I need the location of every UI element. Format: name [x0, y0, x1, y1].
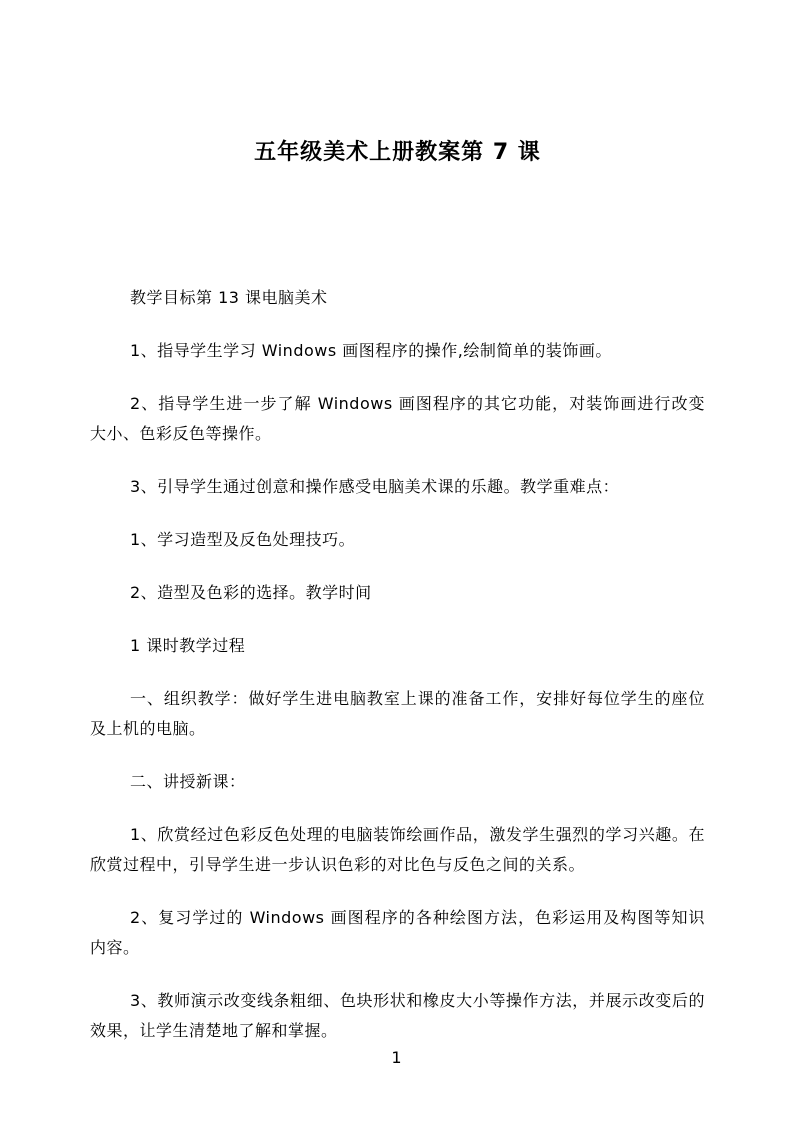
paragraph-teach-step-3: 3、教师演示改变线条粗细、色块形状和橡皮大小等操作方法，并展示改变后的效果，让学… [90, 986, 705, 1046]
paragraph-class-time: 1 课时教学过程 [90, 631, 705, 661]
paragraph-section-2-teach: 二、讲授新课： [90, 767, 705, 797]
page-title: 五年级美术上册教案第 7 课 [90, 136, 705, 170]
paragraph-keypoint-2: 2、造型及色彩的选择。教学时间 [90, 578, 705, 608]
paragraph-teach-step-2: 2、复习学过的 Windows 画图程序的各种绘图方法，色彩运用及构图等知识内容… [90, 903, 705, 963]
page-footer: 1 [0, 1047, 793, 1069]
paragraph-teach-step-1: 1、欣赏经过色彩反色处理的电脑装饰绘画作品，激发学生强烈的学习兴趣。在欣赏过程中… [90, 820, 705, 880]
document-page: 五年级美术上册教案第 7 课 教学目标第 13 课电脑美术 1、指导学生学习 W… [0, 0, 793, 1122]
paragraph-goal-2: 2、指导学生进一步了解 Windows 画图程序的其它功能，对装饰画进行改变大小… [90, 389, 705, 449]
paragraph-goal-1: 1、指导学生学习 Windows 画图程序的操作,绘制简单的装饰画。 [90, 336, 705, 366]
paragraph-teaching-goal: 教学目标第 13 课电脑美术 [90, 283, 705, 313]
paragraph-goal-3: 3、引导学生通过创意和操作感受电脑美术课的乐趣。教学重难点： [90, 472, 705, 502]
paragraph-section-1-organize: 一、组织教学：做好学生进电脑教室上课的准备工作，安排好每位学生的座位及上机的电脑… [90, 684, 705, 744]
paragraph-keypoint-1: 1、学习造型及反色处理技巧。 [90, 525, 705, 555]
page-number: 1 [391, 1047, 401, 1069]
